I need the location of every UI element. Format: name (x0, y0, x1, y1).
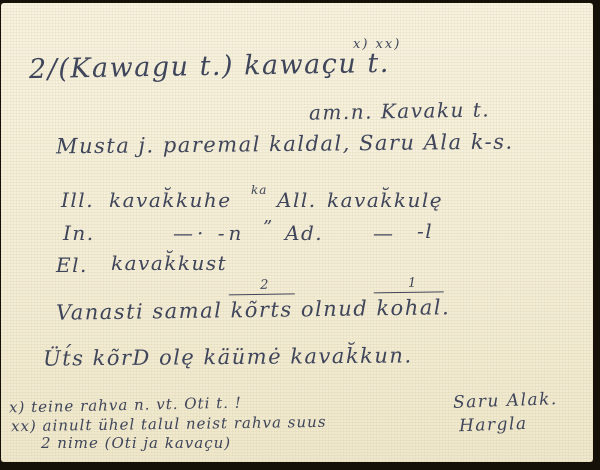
sentence1-period: . (442, 295, 451, 319)
case-form-adessive: -l (417, 219, 433, 243)
signature-village: Saru Alak. (453, 389, 558, 413)
case-form-inessive: —· -n (173, 221, 245, 245)
order-mark-1: 1 (408, 276, 416, 291)
footnote-2: xx) ainult ühel talul neist rahva suus (11, 413, 327, 435)
also-mark: ka (251, 183, 267, 197)
footnote-reference-marks: x) xx) (353, 37, 401, 52)
sentence1-part1: Vanasti samal (56, 298, 231, 324)
reordered-word-korts: 2kõrts (230, 297, 292, 322)
ditto-mark: ” (263, 217, 274, 238)
case-label-allative: All. (277, 188, 317, 212)
example-sentence-2: Üt́s kõrD olę käümė kavak̆kun. (43, 343, 413, 370)
order-mark-2: 2 (260, 278, 268, 293)
case-label-inessive: In. (63, 221, 95, 245)
footnote-3: 2 nime (Oti ja kavaçu) (41, 434, 231, 452)
case-form-elative: kavak̆kust (111, 251, 227, 275)
card-title: 2/(Kawagu t.) kawaçu t. (29, 48, 390, 85)
index-card: 2/(Kawagu t.) kawaçu t. x) xx) am.n. Kav… (1, 3, 593, 462)
case-label-adessive: Ad. (285, 221, 323, 245)
repeat-dash: — (373, 221, 395, 245)
word-kohal: kohal (376, 295, 442, 320)
signature-parish: Hargla (459, 414, 528, 436)
location-line: Musta j. paremal kaldal, Saru Ala k-s. (56, 130, 514, 159)
case-form-illative: kavak̆kuhe (109, 188, 232, 212)
sentence1-part2: olnud (293, 296, 377, 321)
word-korts: kõrts (230, 297, 292, 322)
official-name-line: am.n. Kavaku t. (309, 97, 491, 124)
footnote-1: x) teine rahva n. vt. Oti t. ! (9, 394, 242, 417)
case-form-allative: kavak̆kulę (327, 188, 443, 212)
example-sentence-1: Vanasti samal 2kõrts olnud 1kohal. (56, 295, 450, 325)
case-label-elative: El. (56, 253, 88, 277)
reordered-word-kohal: 1kohal (376, 295, 442, 320)
case-label-illative: Ill. (61, 188, 94, 212)
